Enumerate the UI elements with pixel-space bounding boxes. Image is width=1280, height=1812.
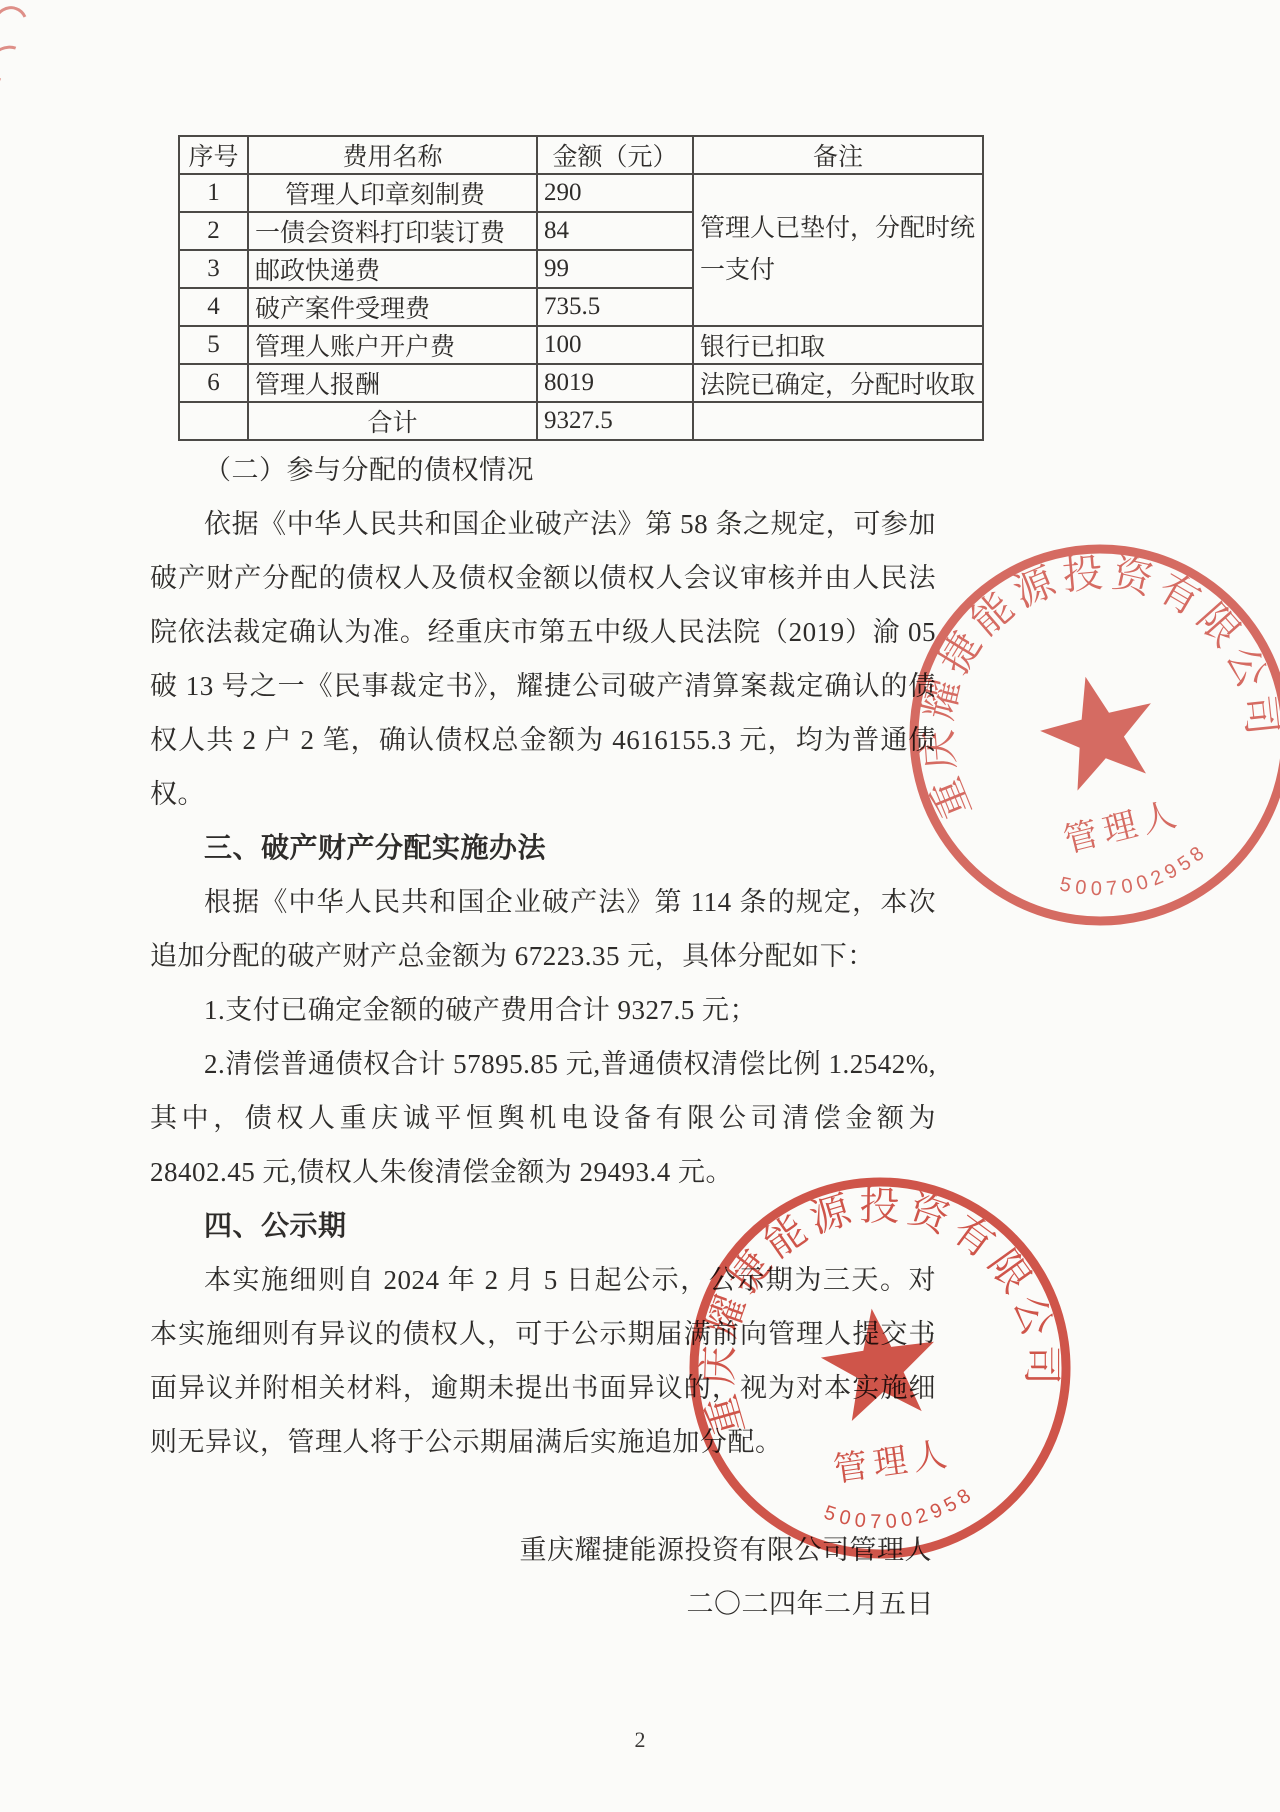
cell-remark-merged: 管理人已垫付，分配时统一支付: [693, 174, 983, 326]
cell-no: 2: [179, 212, 248, 250]
scan-artifact-mark: [0, 39, 34, 88]
cell-name: 管理人印章刻制费: [248, 174, 537, 212]
cell-empty: [693, 402, 983, 440]
cell-no: 1: [179, 174, 248, 212]
list-item-2: 2.清偿普通债权合计 57895.85 元,普通债权清偿比例 1.2542%,其…: [150, 1037, 936, 1199]
cell-name: 管理人账户开户费: [248, 326, 537, 364]
cell-name: 管理人报酬: [248, 364, 537, 402]
table-total-row: 合计 9327.5: [179, 402, 983, 440]
cell-amount: 8019: [537, 364, 693, 402]
paragraph-publicity: 本实施细则自 2024 年 2 月 5 日起公示，公示期为三天。对本实施细则有异…: [150, 1253, 936, 1469]
cell-total-label: 合计: [248, 402, 537, 440]
table-header-row: 序号 费用名称 金额（元） 备注: [179, 136, 983, 174]
signature-line: 重庆耀捷能源投资有限公司管理人: [150, 1523, 936, 1577]
cell-amount: 735.5: [537, 288, 693, 326]
table-row: 5 管理人账户开户费 100 银行已扣取: [179, 326, 983, 364]
cell-amount: 100: [537, 326, 693, 364]
table-row: 6 管理人报酬 8019 法院已确定，分配时收取: [179, 364, 983, 402]
cell-no: 4: [179, 288, 248, 326]
cell-amount: 99: [537, 250, 693, 288]
cell-amount: 84: [537, 212, 693, 250]
section-heading-4: 四、公示期: [150, 1199, 936, 1253]
header-remark: 备注: [693, 136, 983, 174]
list-item-1: 1.支付已确定金额的破产费用合计 9327.5 元；: [150, 983, 936, 1037]
table-row: 1 管理人印章刻制费 290 管理人已垫付，分配时统一支付: [179, 174, 983, 212]
scan-artifact-mark: [0, 1, 33, 50]
document-page: 序号 费用名称 金额（元） 备注 1 管理人印章刻制费 290 管理人已垫付，分…: [0, 0, 1280, 1812]
cell-no: 3: [179, 250, 248, 288]
header-name: 费用名称: [248, 136, 537, 174]
cell-empty: [179, 402, 248, 440]
section-heading-2: （二）参与分配的债权情况: [150, 443, 936, 497]
cell-amount: 290: [537, 174, 693, 212]
section-heading-3: 三、破产财产分配实施办法: [150, 821, 936, 875]
cell-remark: 银行已扣取: [693, 326, 983, 364]
date-line: 二〇二四年二月五日: [150, 1577, 936, 1631]
cell-total-amount: 9327.5: [537, 402, 693, 440]
header-amount: 金额（元）: [537, 136, 693, 174]
document-body: （二）参与分配的债权情况 依据《中华人民共和国企业破产法》第 58 条之规定，可…: [150, 443, 936, 1631]
paragraph-claims: 依据《中华人民共和国企业破产法》第 58 条之规定，可参加破产财产分配的债权人及…: [150, 497, 936, 821]
cell-remark: 法院已确定，分配时收取: [693, 364, 983, 402]
page-number: 2: [0, 1727, 1280, 1753]
svg-text:5007002958: 5007002958: [1053, 837, 1217, 915]
fee-table: 序号 费用名称 金额（元） 备注 1 管理人印章刻制费 290 管理人已垫付，分…: [178, 135, 984, 441]
paragraph-distribution: 根据《中华人民共和国企业破产法》第 114 条的规定，本次追加分配的破产财产总金…: [150, 875, 936, 983]
cell-no: 6: [179, 364, 248, 402]
cell-name: 邮政快递费: [248, 250, 537, 288]
cell-name: 破产案件受理费: [248, 288, 537, 326]
cell-name: 一债会资料打印装订费: [248, 212, 537, 250]
cell-no: 5: [179, 326, 248, 364]
svg-text:管理人: 管理人: [1060, 794, 1186, 860]
header-no: 序号: [179, 136, 248, 174]
